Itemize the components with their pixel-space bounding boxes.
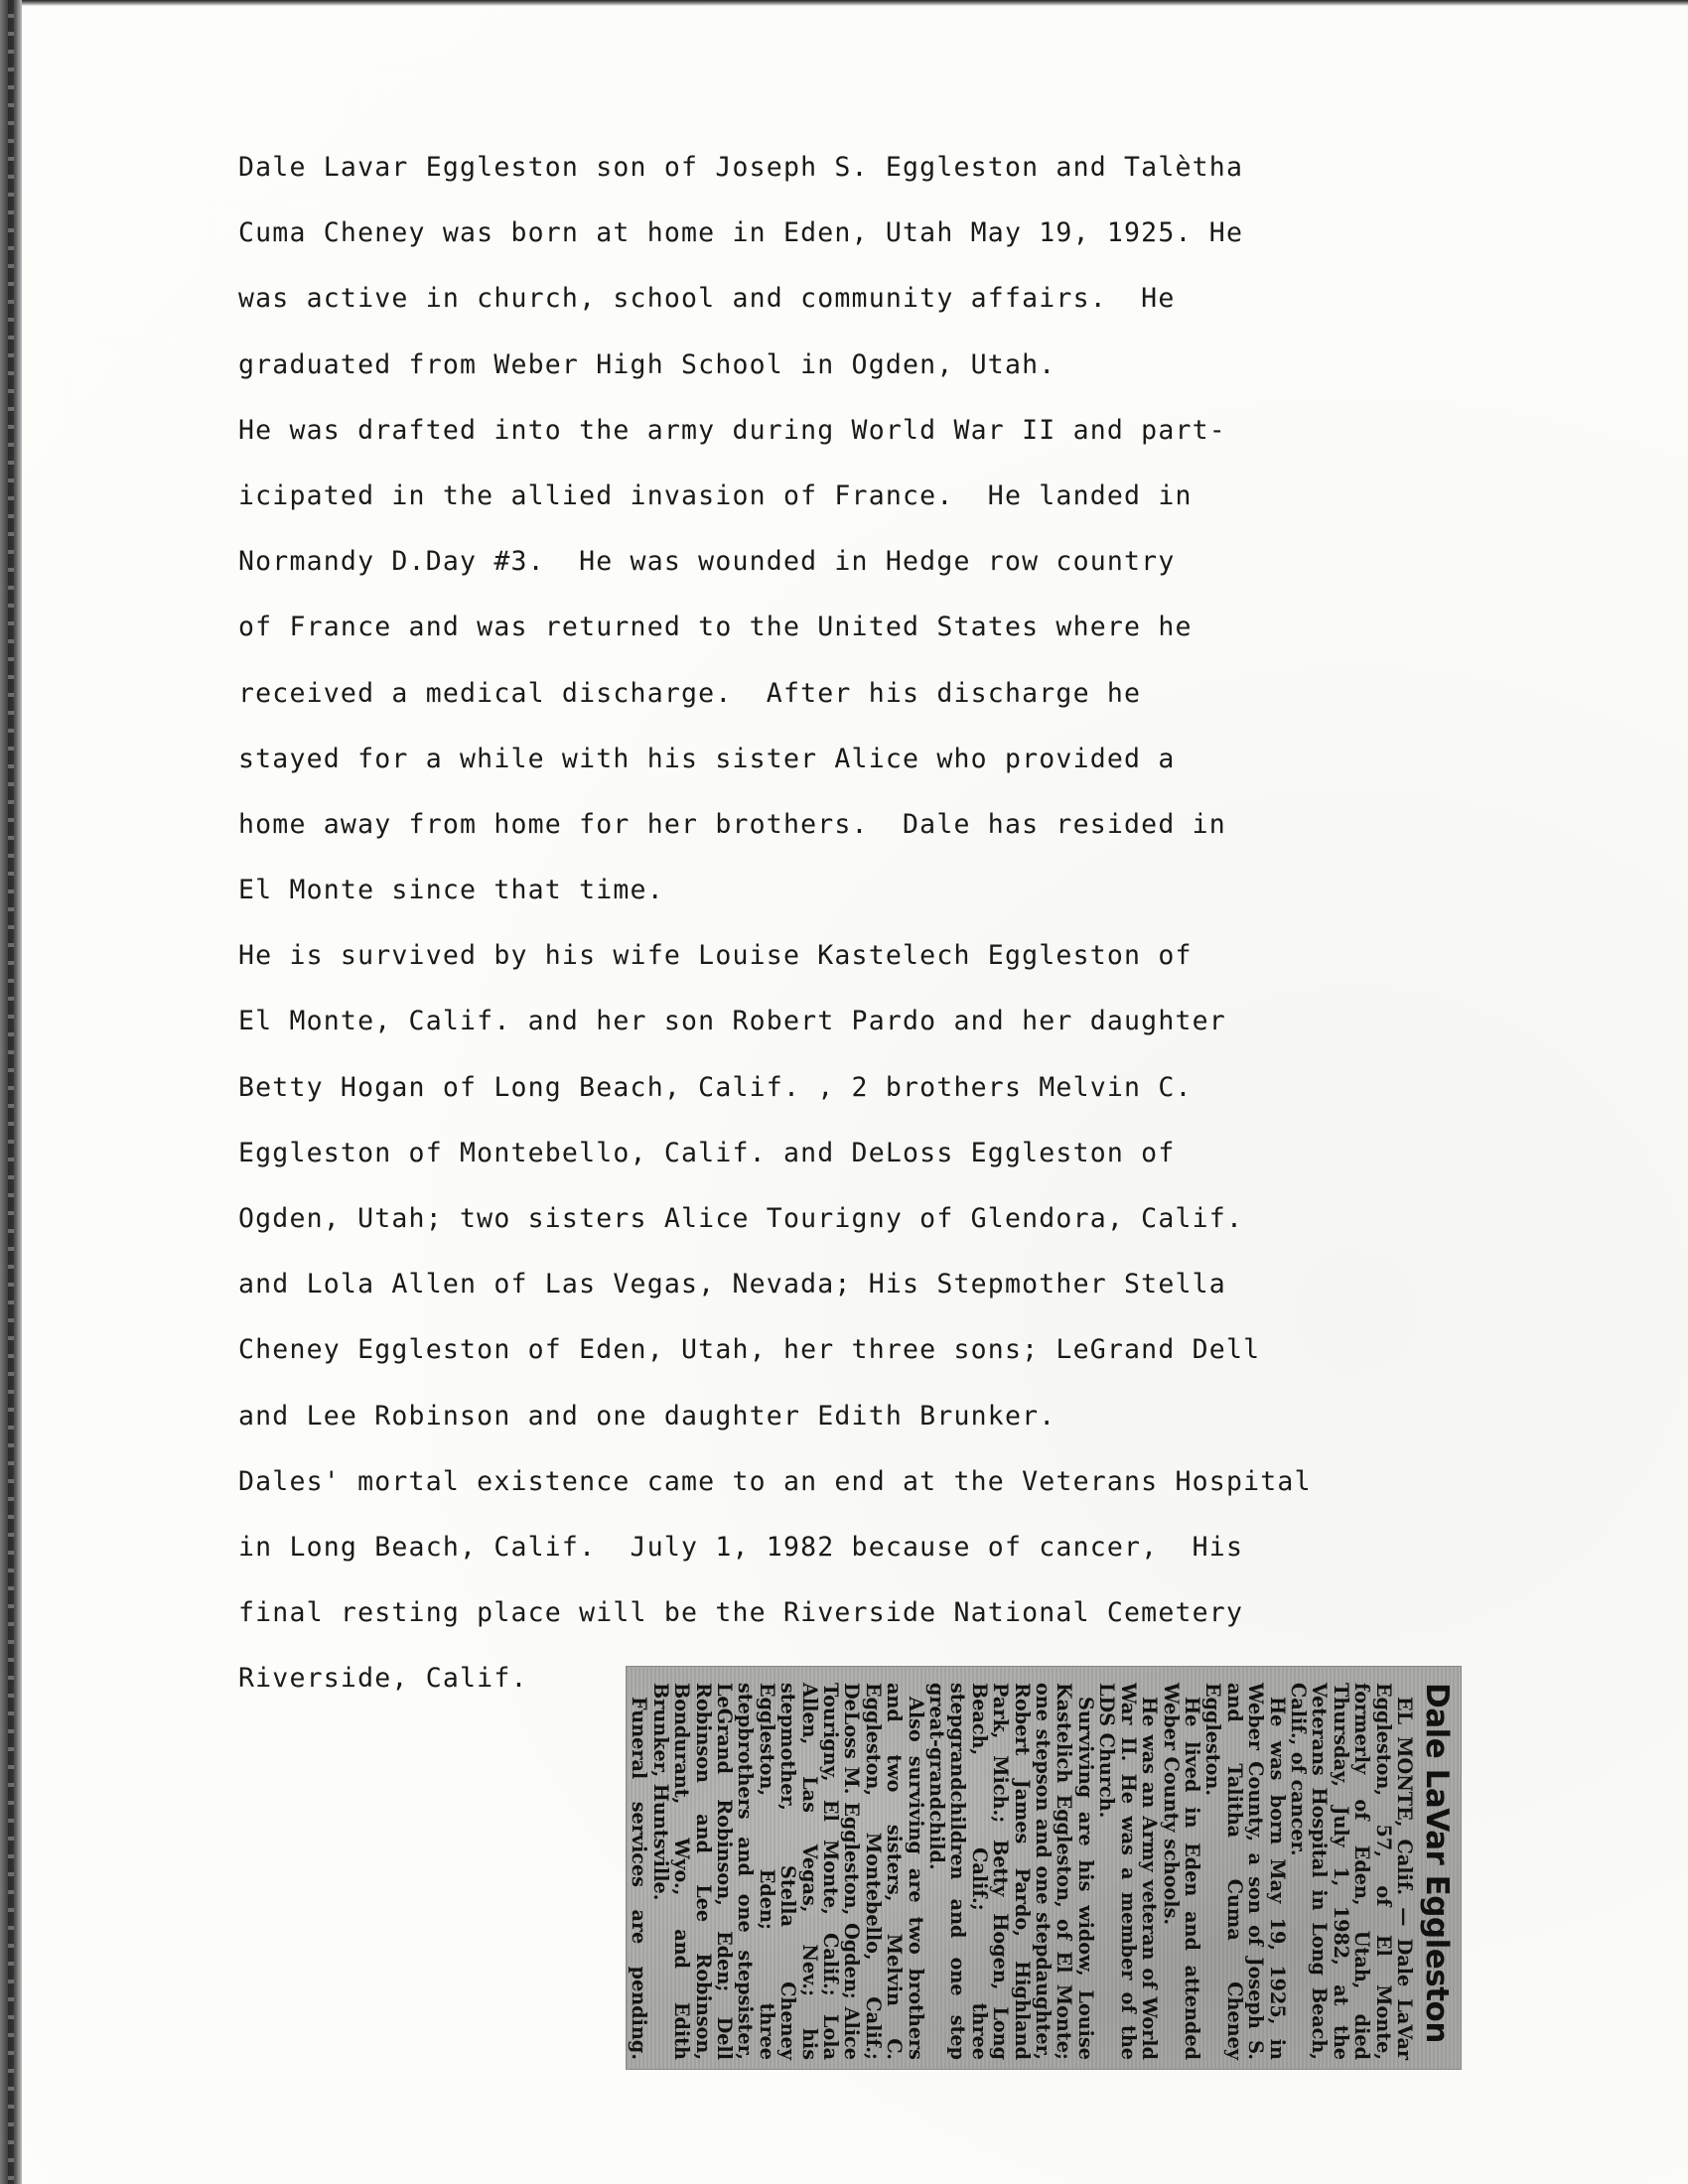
typed-line: and Lee Robinson and one daughter Edith …: [238, 1397, 1529, 1462]
clipping-headline: Dale LaVar Eggleston: [1419, 1683, 1455, 2066]
newspaper-obituary-clipping: Dale LaVar Eggleston EL MONTE, Calif. — …: [626, 1666, 1462, 2070]
typed-line: Ogden, Utah; two sisters Alice Tourigny …: [238, 1199, 1529, 1265]
clipping-paragraph: Also surviving are two brothers and two …: [649, 1683, 925, 2060]
typed-line: El Monte since that time.: [238, 871, 1529, 936]
typed-line: Cuma Cheney was born at home in Eden, Ut…: [238, 213, 1529, 279]
clipping-paragraph: He lived in Eden and attended Weber Coun…: [1160, 1683, 1202, 2060]
typed-line: received a medical discharge. After his …: [238, 674, 1529, 740]
clipping-paragraph: EL MONTE, Calif. — Dale LaVar Eggleston,…: [1288, 1683, 1415, 2060]
typed-line: graduated from Weber High School in Ogde…: [238, 345, 1529, 411]
typed-line: Dales' mortal existence came to an end a…: [238, 1462, 1529, 1528]
typed-line: of France and was returned to the United…: [238, 608, 1529, 673]
typed-line: Betty Hogan of Long Beach, Calif. , 2 br…: [238, 1068, 1529, 1134]
clipping-paragraph: Funeral services are pending. Funeral di…: [626, 1683, 649, 2060]
typed-line: in Long Beach, Calif. July 1, 1982 becau…: [238, 1528, 1529, 1593]
typed-line: stayed for a while with his sister Alice…: [238, 740, 1529, 805]
typed-line: home away from home for her brothers. Da…: [238, 805, 1529, 871]
clipping-paragraph: He was born May 19, 1925, in Weber Count…: [1202, 1683, 1288, 2060]
typed-line: Dale Lavar Eggleston son of Joseph S. Eg…: [238, 148, 1529, 213]
typed-line: He is survived by his wife Louise Kastel…: [238, 936, 1529, 1002]
scan-binder-edge: [0, 0, 22, 2184]
clipping-column: EL MONTE, Calif. — Dale LaVar Eggleston,…: [626, 1669, 1415, 2066]
typed-obituary-text: Dale Lavar Eggleston son of Joseph S. Eg…: [238, 148, 1529, 1725]
typed-line: final resting place will be the Riversid…: [238, 1593, 1529, 1659]
typed-line: Normandy D.Day #3. He was wounded in Hed…: [238, 542, 1529, 608]
typed-line: was active in church, school and communi…: [238, 279, 1529, 344]
clipping-paragraph: He was an Army veteran of World War II. …: [1096, 1683, 1160, 2060]
typed-line: Eggleston of Montebello, Calif. and DeLo…: [238, 1134, 1529, 1199]
typed-line: and Lola Allen of Las Vegas, Nevada; His…: [238, 1265, 1529, 1330]
clipping-paragraph: Surviving are his widow, Louise Kastelic…: [926, 1683, 1096, 2060]
clipping-rotated-content: Dale LaVar Eggleston EL MONTE, Calif. — …: [631, 1669, 1461, 2066]
typed-line: Cheney Eggleston of Eden, Utah, her thre…: [238, 1330, 1529, 1396]
clipping-body: EL MONTE, Calif. — Dale LaVar Eggleston,…: [626, 1683, 1415, 2060]
typed-line: El Monte, Calif. and her son Robert Pard…: [238, 1002, 1529, 1067]
typed-line: icipated in the allied invasion of Franc…: [238, 477, 1529, 542]
typed-line: He was drafted into the army during Worl…: [238, 411, 1529, 477]
